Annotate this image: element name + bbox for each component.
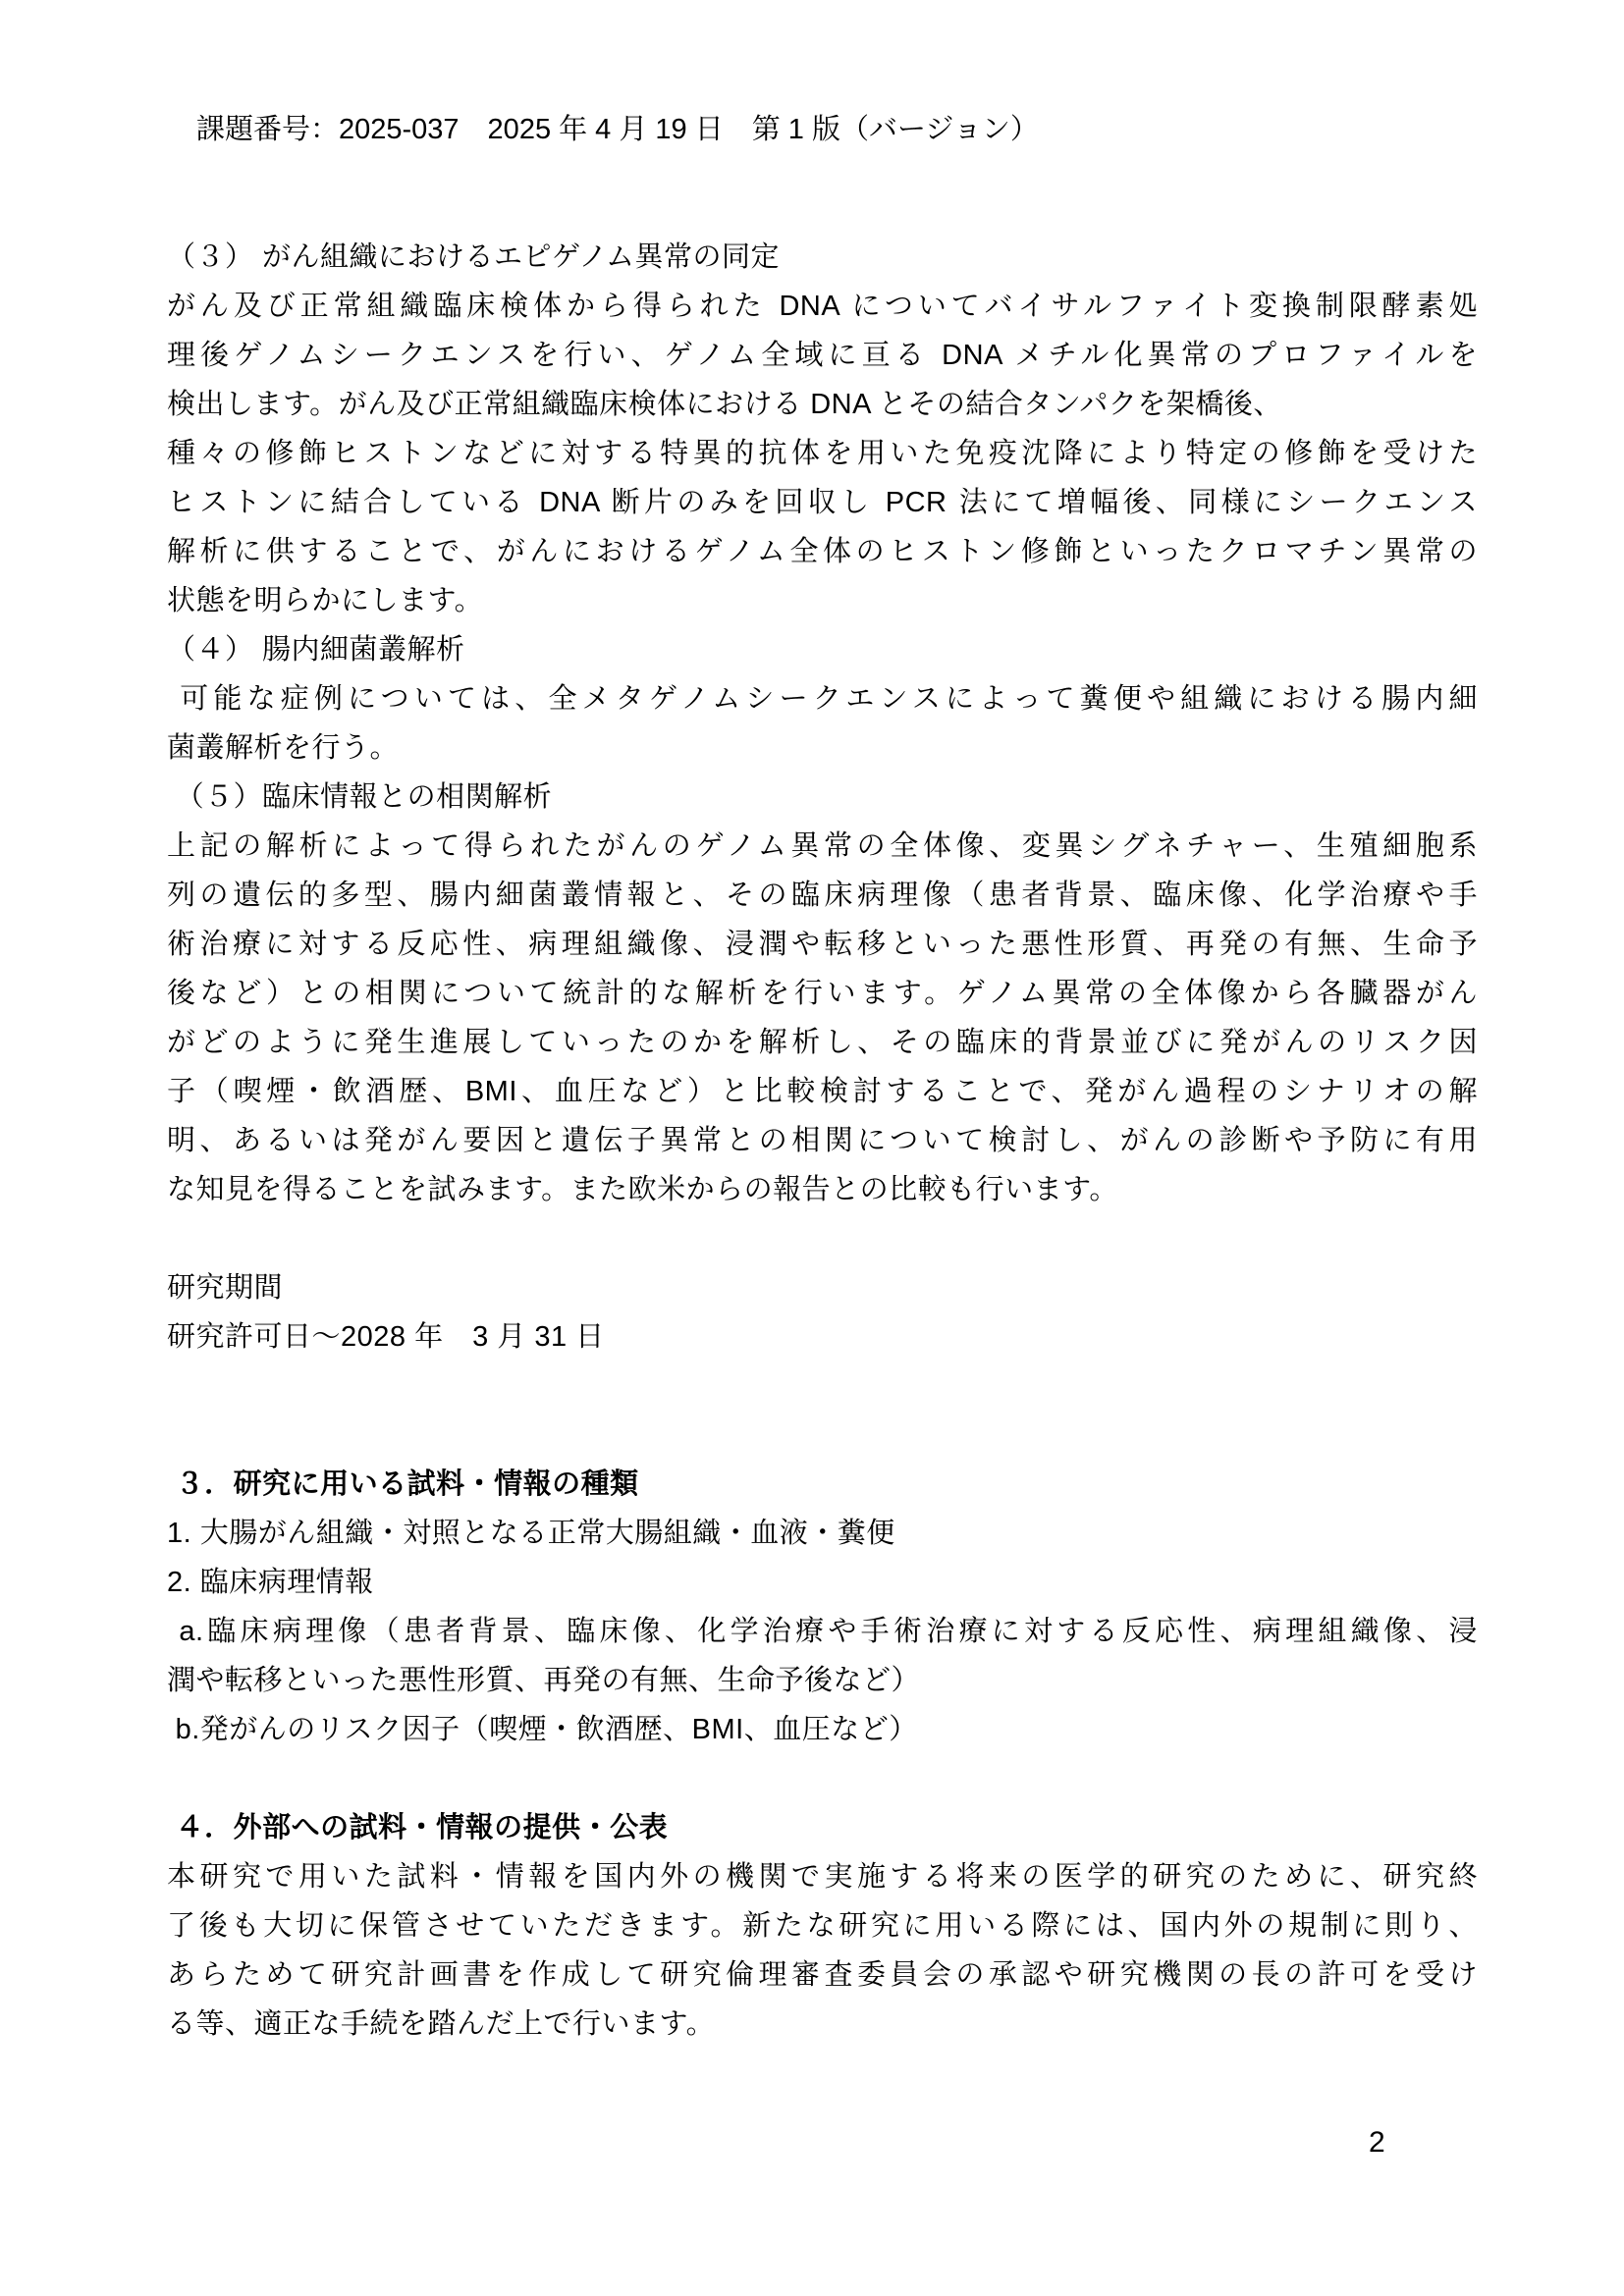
text-line: 可能な症例については、全メタゲノムシークエンスによって糞便や組織における腸内細 <box>167 674 1478 723</box>
text-line: あらためて研究計画書を作成して研究倫理審査委員会の承認や研究機関の長の許可を受け <box>167 1950 1478 2000</box>
text-line: 理後ゲノムシークエンスを行い、ゲノム全域に亘る DNA メチル化異常のプロファイ… <box>167 331 1478 380</box>
text-line: ４．外部への試料・情報の提供・公表 <box>167 1803 1478 1852</box>
text-line: 術治療に対する反応性、病理組織像、浸潤や転移といった悪性形質、再発の有無、生命予 <box>167 920 1478 969</box>
text-line: 研究期間 <box>167 1263 1478 1312</box>
document-header: 課題番号：2025-037 2025 年 4 月 19 日 第 1 版（バージョ… <box>196 105 1039 154</box>
text-line: （５）臨床情報との相関解析 <box>167 773 1478 822</box>
text-line: a.臨床病理像（患者背景、臨床像、化学治療や手術治療に対する反応性、病理組織像、… <box>167 1607 1478 1656</box>
text-line: る等、適正な手続を踏んだ上で行います。 <box>167 2000 1478 2049</box>
blank-line <box>167 1362 1478 1411</box>
text-line: 上記の解析によって得られたがんのゲノム異常の全体像、変異シグネチャー、生殖細胞系 <box>167 822 1478 871</box>
text-line: 列の遺伝的多型、腸内細菌叢情報と、その臨床病理像（患者背景、臨床像、化学治療や手 <box>167 871 1478 920</box>
text-line: 2. 臨床病理情報 <box>167 1558 1478 1607</box>
text-line: 状態を明らかにします。 <box>167 576 1478 625</box>
text-line: な知見を得ることを試みます。また欧米からの報告との比較も行います。 <box>167 1165 1478 1214</box>
text-line: （３） がん組織におけるエピゲノム異常の同定 <box>167 233 1478 282</box>
text-line: 本研究で用いた試料・情報を国内外の機関で実施する将来の医学的研究のために、研究終 <box>167 1852 1478 1901</box>
page-number: 2 <box>1369 2118 1385 2167</box>
text-line: 子（喫煙・飲酒歴、BMI、血圧など）と比較検討することで、発がん過程のシナリオの… <box>167 1067 1478 1116</box>
text-line: 解析に供することで、がんにおけるゲノム全体のヒストン修飾といったクロマチン異常の <box>167 527 1478 576</box>
text-line: 後など）との相関について統計的な解析を行います。ゲノム異常の全体像から各臓器がん <box>167 969 1478 1018</box>
text-line: 潤や転移といった悪性形質、再発の有無、生命予後など） <box>167 1656 1478 1705</box>
text-line: ヒストンに結合している DNA 断片のみを回収し PCR 法にて増幅後、同様にシ… <box>167 478 1478 527</box>
text-line: ３．研究に用いる試料・情報の種類 <box>167 1460 1478 1509</box>
blank-line <box>167 1754 1478 1803</box>
text-line: 明、あるいは発がん要因と遺伝子異常との相関について検討し、がんの診断や予防に有用 <box>167 1116 1478 1165</box>
text-line: がん及び正常組織臨床検体から得られた DNA についてバイサルファイト変換制限酵… <box>167 282 1478 331</box>
document-page: 課題番号：2025-037 2025 年 4 月 19 日 第 1 版（バージョ… <box>0 0 1624 2296</box>
text-line: 種々の修飾ヒストンなどに対する特異的抗体を用いた免疫沈降により特定の修飾を受けた <box>167 429 1478 478</box>
text-line: がどのように発生進展していったのかを解析し、その臨床的背景並びに発がんのリスク因 <box>167 1018 1478 1067</box>
document-body: （３） がん組織におけるエピゲノム異常の同定がん及び正常組織臨床検体から得られた… <box>167 233 1478 2049</box>
text-line: 菌叢解析を行う。 <box>167 723 1478 773</box>
text-line: 了後も大切に保管させていただきます。新たな研究に用いる際には、国内外の規制に則り… <box>167 1901 1478 1950</box>
text-line: 検出します。がん及び正常組織臨床検体における DNA とその結合タンパクを架橋後… <box>167 380 1478 429</box>
text-line: 研究許可日〜2028 年 3 月 31 日 <box>167 1312 1478 1362</box>
text-line: b.発がんのリスク因子（喫煙・飲酒歴、BMI、血圧など） <box>167 1705 1478 1754</box>
blank-line <box>167 1411 1478 1460</box>
text-line: （４） 腸内細菌叢解析 <box>167 625 1478 674</box>
text-line: 1. 大腸がん組織・対照となる正常大腸組織・血液・糞便 <box>167 1509 1478 1558</box>
blank-line <box>167 1214 1478 1263</box>
